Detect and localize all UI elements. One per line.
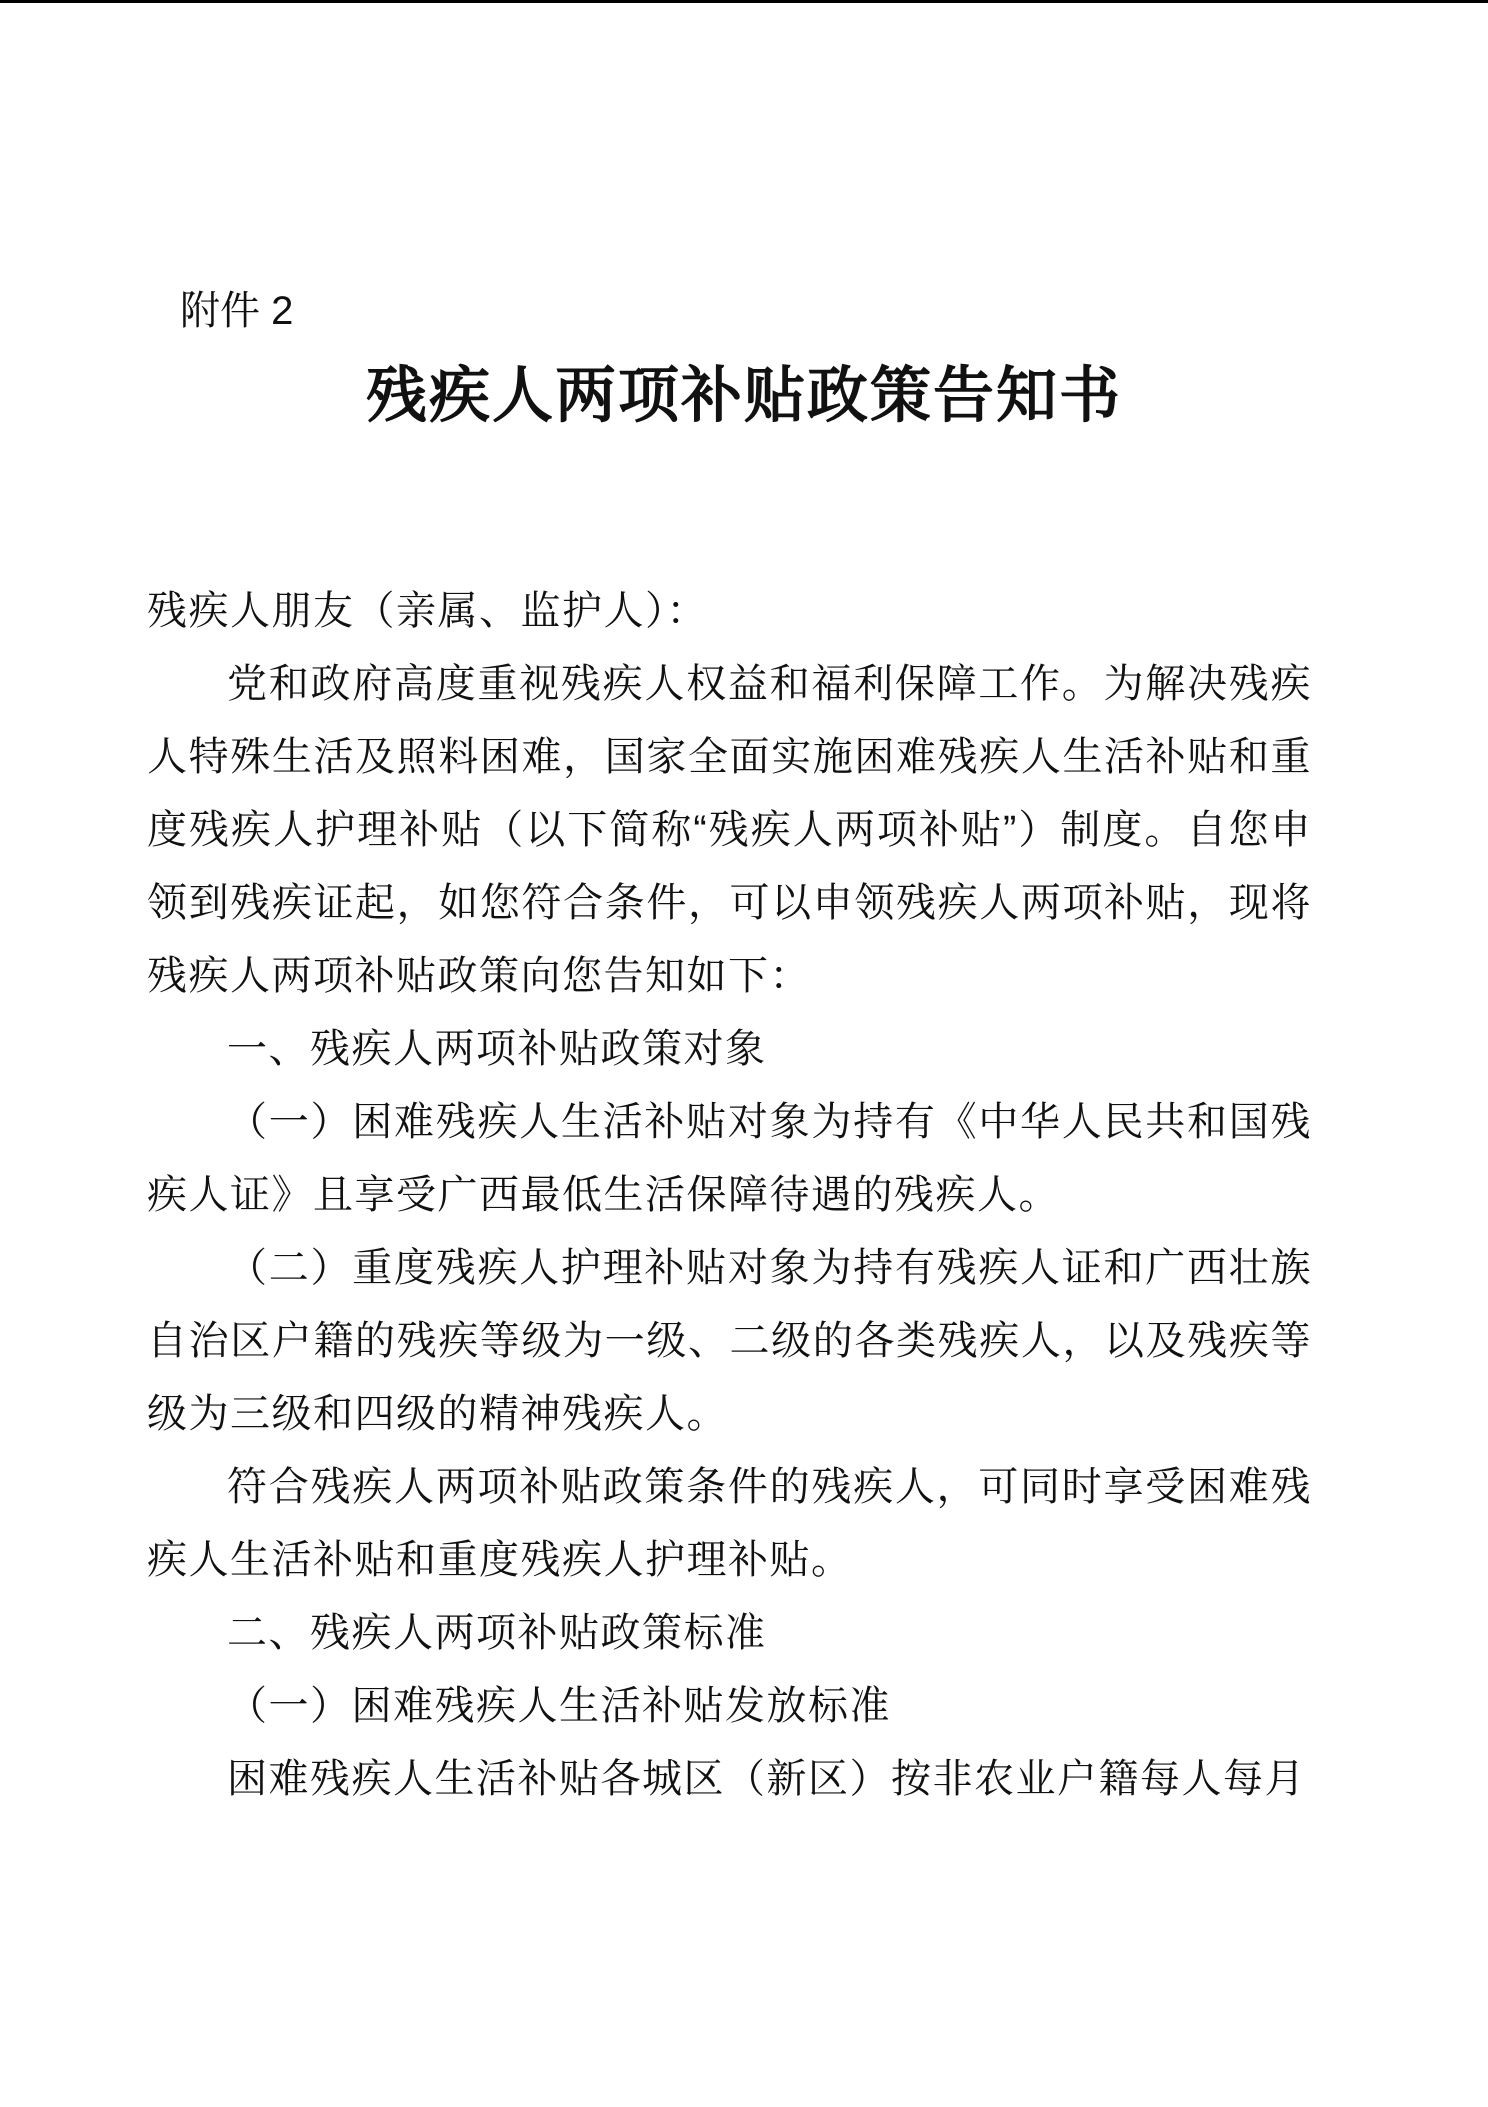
standard-subheading: （一）困难残疾人生活补贴发放标准 [147, 1670, 1312, 1743]
standard-detail-paragraph: 困难残疾人生活补贴各城区（新区）按非农业户籍每人每月 [147, 1743, 1312, 1816]
clause-1-paragraph: （一）困难残疾人生活补贴对象为持有《中华人民共和国残疾人证》且享受广西最低生活保… [147, 1086, 1312, 1232]
section-2-heading: 二、残疾人两项补贴政策标准 [147, 1597, 1312, 1670]
simultaneous-benefit-paragraph: 符合残疾人两项补贴政策条件的残疾人，可同时享受困难残疾人生活补贴和重度残疾人护理… [147, 1451, 1312, 1597]
intro-paragraph: 党和政府高度重视残疾人权益和福利保障工作。为解决残疾人特殊生活及照料困难，国家全… [147, 648, 1312, 1013]
clause-2-paragraph: （二）重度残疾人护理补贴对象为持有残疾人证和广西壮族自治区户籍的残疾等级为一级、… [147, 1232, 1312, 1451]
salutation-line: 残疾人朋友（亲属、监护人）： [147, 575, 1312, 648]
section-1-heading: 一、残疾人两项补贴政策对象 [147, 1013, 1312, 1086]
document-page: 附件 2 残疾人两项补贴政策告知书 残疾人朋友（亲属、监护人）： 党和政府高度重… [0, 0, 1488, 2107]
document-title: 残疾人两项补贴政策告知书 [0, 355, 1488, 435]
attachment-label: 附件 2 [180, 286, 293, 336]
document-body: 残疾人朋友（亲属、监护人）： 党和政府高度重视残疾人权益和福利保障工作。为解决残… [147, 575, 1312, 1816]
